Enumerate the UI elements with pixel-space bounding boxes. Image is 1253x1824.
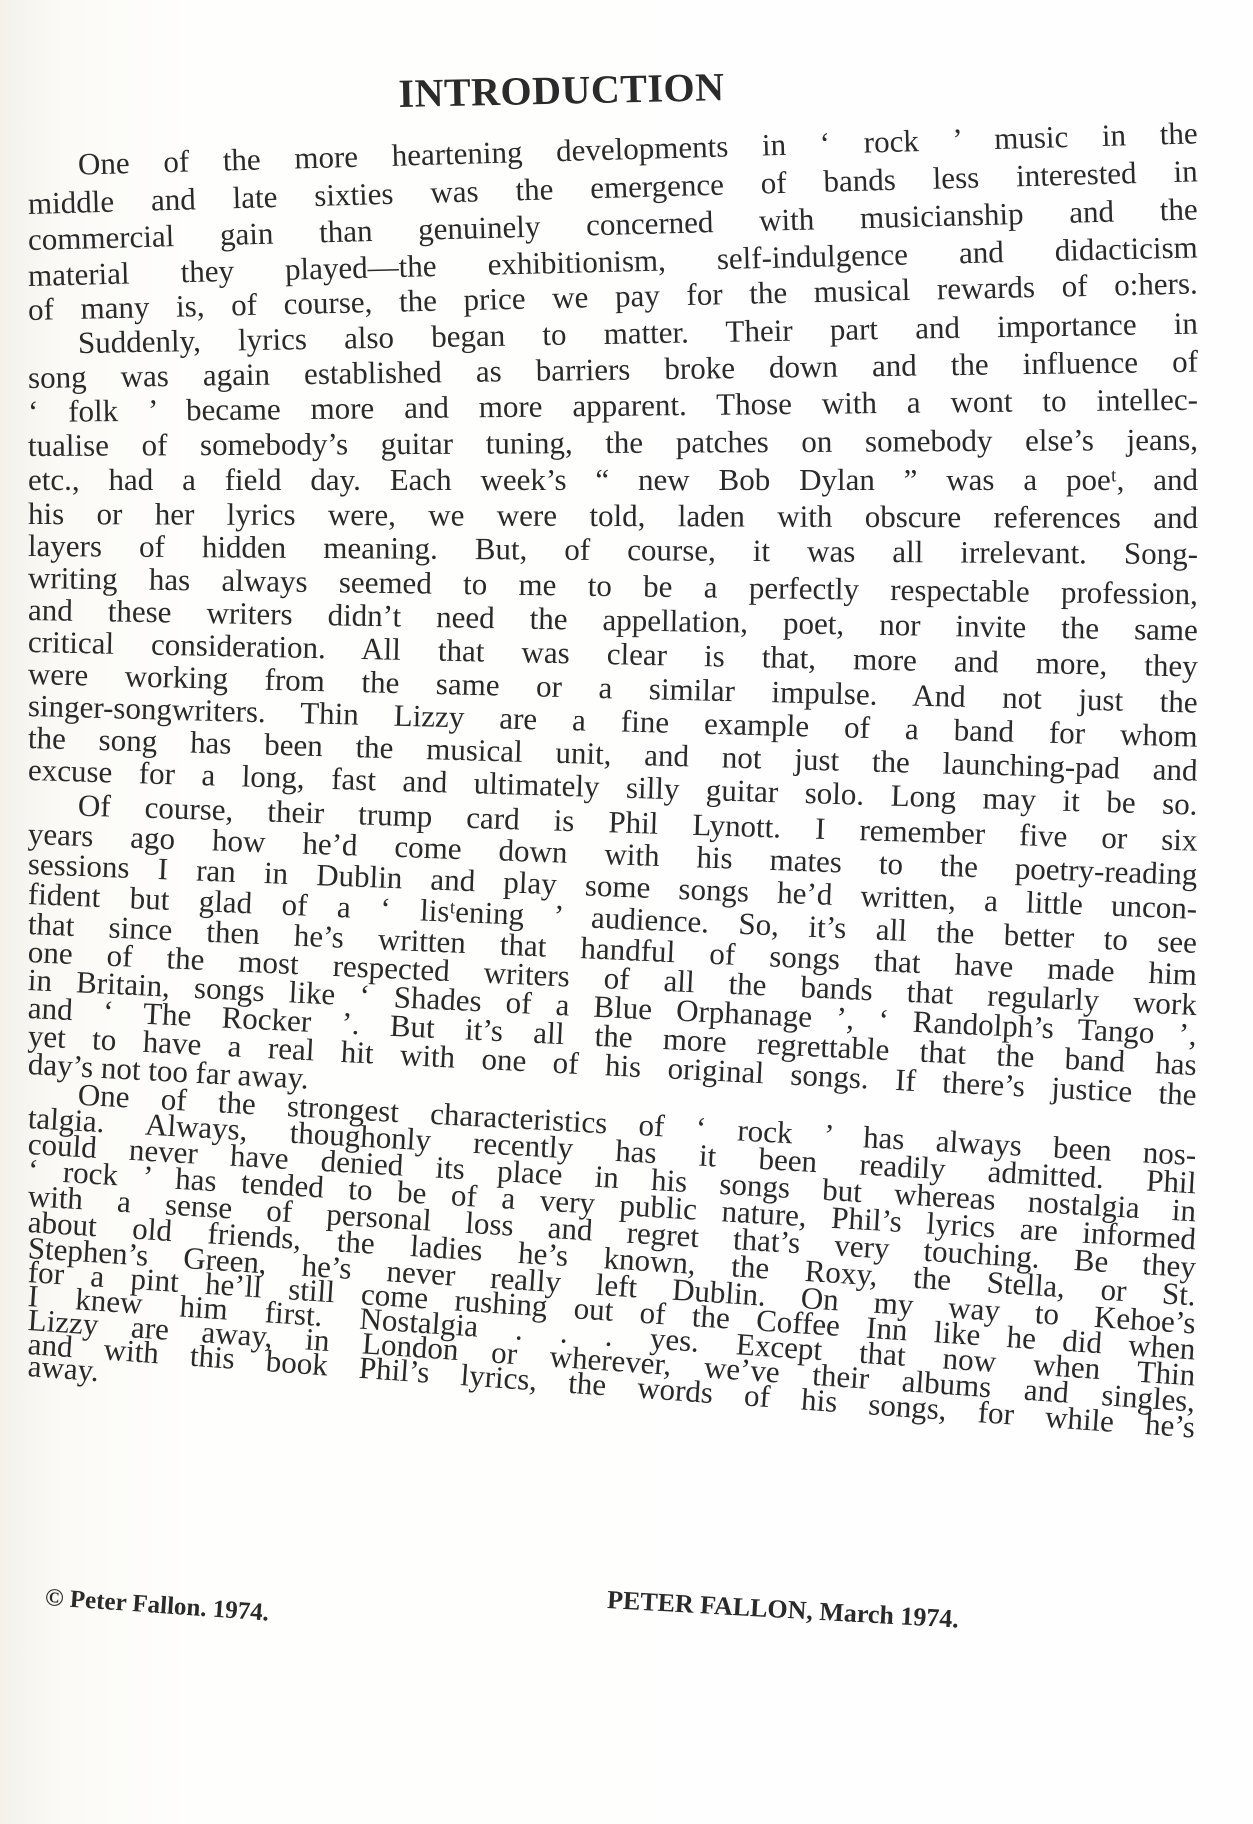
text-line: tualise of somebody’s guitar tuning, the… bbox=[28, 422, 1198, 464]
copyright-notice: © Peter Fallon. 1974. bbox=[44, 1584, 270, 1628]
author-signature: PETER FALLON, March 1974. bbox=[606, 1585, 959, 1635]
page-title: INTRODUCTION bbox=[398, 63, 725, 117]
text-line: etc., had a field day. Each week’s “ new… bbox=[28, 462, 1198, 498]
book-page: INTRODUCTION One of the more heartening … bbox=[0, 0, 1253, 1824]
